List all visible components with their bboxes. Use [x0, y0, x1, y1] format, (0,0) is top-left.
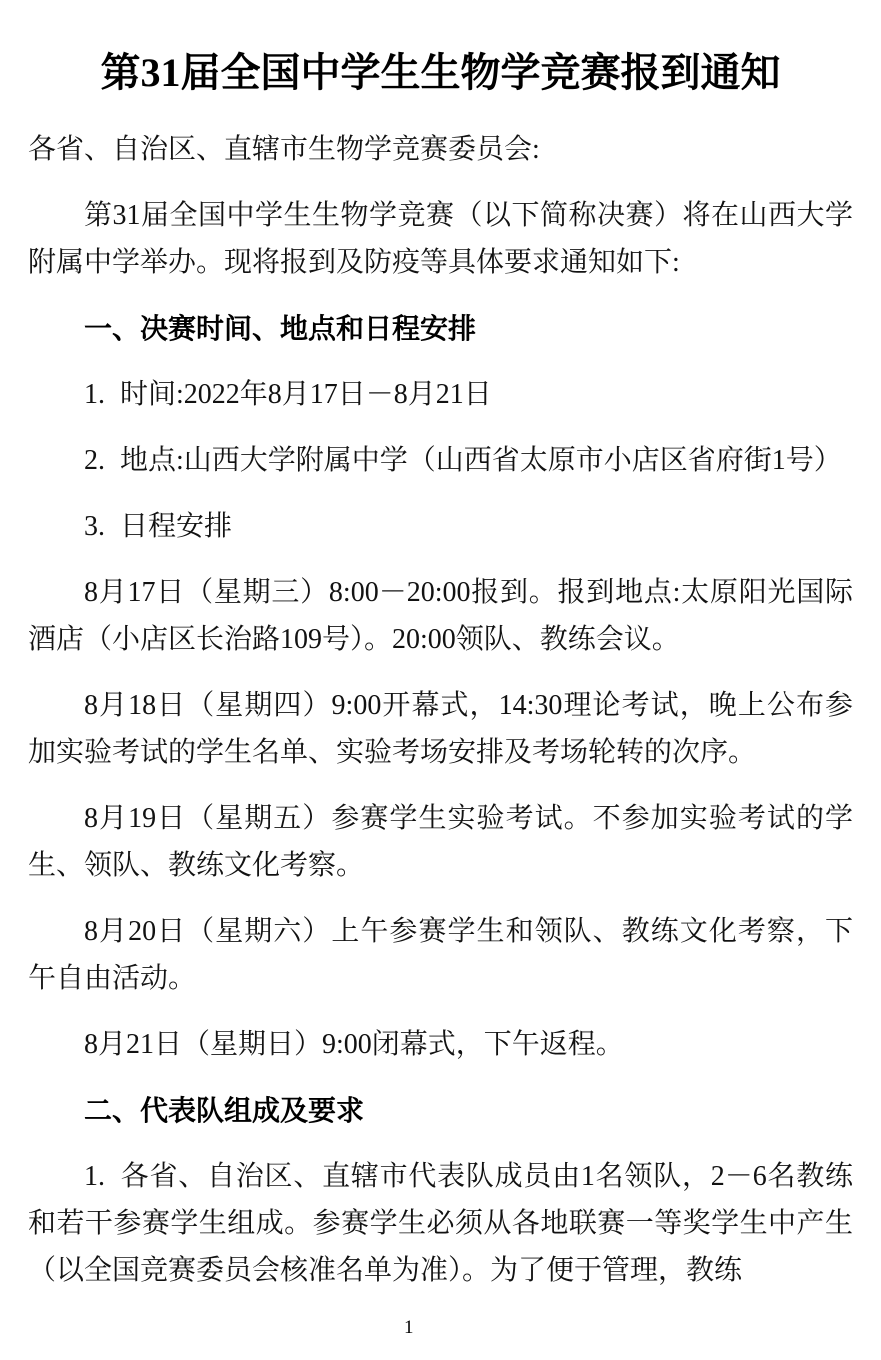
item-text: 日程安排	[120, 511, 232, 542]
item-text: 地点:山西大学附属中学（山西省太原市小店区省府街1号）	[120, 445, 842, 476]
schedule-paragraph-aug20: 8月20日（星期六）上午参赛学生和领队、教练文化考察，下午自由活动。	[28, 908, 853, 1002]
page-number: 1	[404, 1318, 414, 1338]
document-page: 第31届全国中学生生物学竞赛报到通知 各省、自治区、直辖市生物学竞赛委员会: 第…	[0, 0, 881, 1360]
schedule-paragraph-aug21: 8月21日（星期日）9:00闭幕式，下午返程。	[28, 1021, 853, 1068]
item-number: 1.	[84, 1161, 105, 1192]
section-two-heading: 二、代表队组成及要求	[28, 1087, 853, 1134]
schedule-paragraph-aug19: 8月19日（星期五）参赛学生实验考试。不参加实验考试的学生、领队、教练文化考察。	[28, 795, 853, 889]
item-number: 2.	[84, 445, 105, 476]
item-text: 时间:2022年8月17日－8月21日	[120, 379, 492, 410]
team-composition-paragraph: 1.各省、自治区、直辖市代表队成员由1名领队，2－6名教练和若干参赛学生组成。参…	[28, 1153, 853, 1294]
schedule-paragraph-aug18: 8月18日（星期四）9:00开幕式，14:30理论考试，晚上公布参加实验考试的学…	[28, 682, 853, 776]
list-item-time: 1.时间:2022年8月17日－8月21日	[28, 371, 853, 418]
salutation: 各省、自治区、直辖市生物学竞赛委员会:	[28, 126, 853, 173]
intro-paragraph: 第31届全国中学生生物学竞赛（以下简称决赛）将在山西大学附属中学举办。现将报到及…	[28, 192, 853, 286]
list-item-schedule: 3.日程安排	[28, 503, 853, 550]
section-one-heading: 一、决赛时间、地点和日程安排	[28, 305, 853, 352]
schedule-paragraph-aug17: 8月17日（星期三）8:00－20:00报到。报到地点:太原阳光国际酒店（小店区…	[28, 569, 853, 663]
list-item-location: 2.地点:山西大学附属中学（山西省太原市小店区省府街1号）	[28, 437, 853, 484]
item-number: 3.	[84, 511, 105, 542]
item-text: 各省、自治区、直辖市代表队成员由1名领队，2－6名教练和若干参赛学生组成。参赛学…	[28, 1161, 853, 1286]
document-title: 第31届全国中学生生物学竞赛报到通知	[28, 46, 853, 100]
item-number: 1.	[84, 379, 105, 410]
